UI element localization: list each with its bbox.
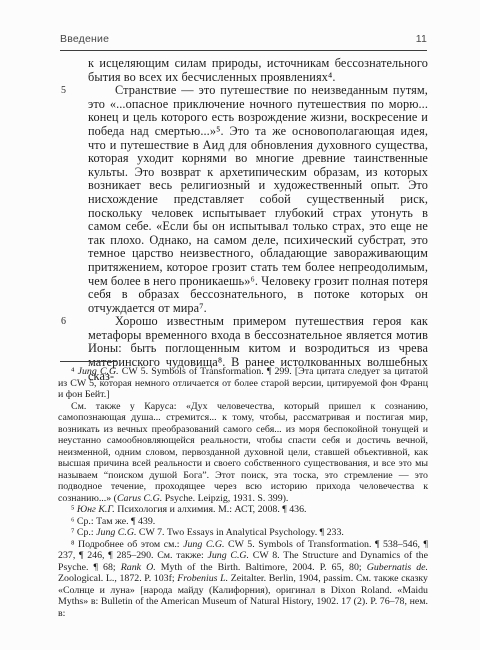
body-paragraph-5: 5 Странствие — это путешествие по неизве… — [88, 84, 428, 315]
footnote-7: ⁷ Ср.: Jung C.G. CW 7. Two Essays in Ana… — [58, 527, 428, 539]
page-number: 11 — [416, 33, 427, 45]
paragraph-text: Странствие — это путешествие по неизведа… — [88, 83, 428, 315]
body-paragraph-continued: к исцеляющим силам природы, источникам б… — [88, 57, 428, 84]
footnotes: ⁴ Jung C.G. CW 5. Symbols of Transformat… — [58, 366, 428, 619]
margin-paragraph-number: 6 — [61, 316, 81, 328]
paragraph-text: к исцеляющим силам природы, источникам б… — [88, 56, 428, 84]
header-rule — [60, 50, 427, 51]
margin-paragraph-number: 5 — [61, 85, 81, 97]
footnote-5: ⁵ Юнг К.Г. Психология и алхимия. М.: АСТ… — [58, 504, 428, 516]
book-page: Введение 11 к исцеляющим силам природы, … — [0, 0, 480, 650]
running-header: Введение 11 — [60, 33, 427, 45]
footnote-6: ⁶ Ср.: Там же. ¶ 439. — [58, 516, 428, 528]
footnote-4: ⁴ Jung C.G. CW 5. Symbols of Transformat… — [58, 366, 428, 401]
footnote-separator — [60, 361, 117, 362]
footnote-4-quote: См. также у Каруса: «Дух человечества, к… — [58, 401, 428, 505]
running-title: Введение — [60, 33, 109, 45]
footnote-8: ⁸ Подробнее об этом см.: Jung C.G. CW 5.… — [58, 539, 428, 620]
body-text: к исцеляющим силам природы, источникам б… — [88, 57, 428, 383]
